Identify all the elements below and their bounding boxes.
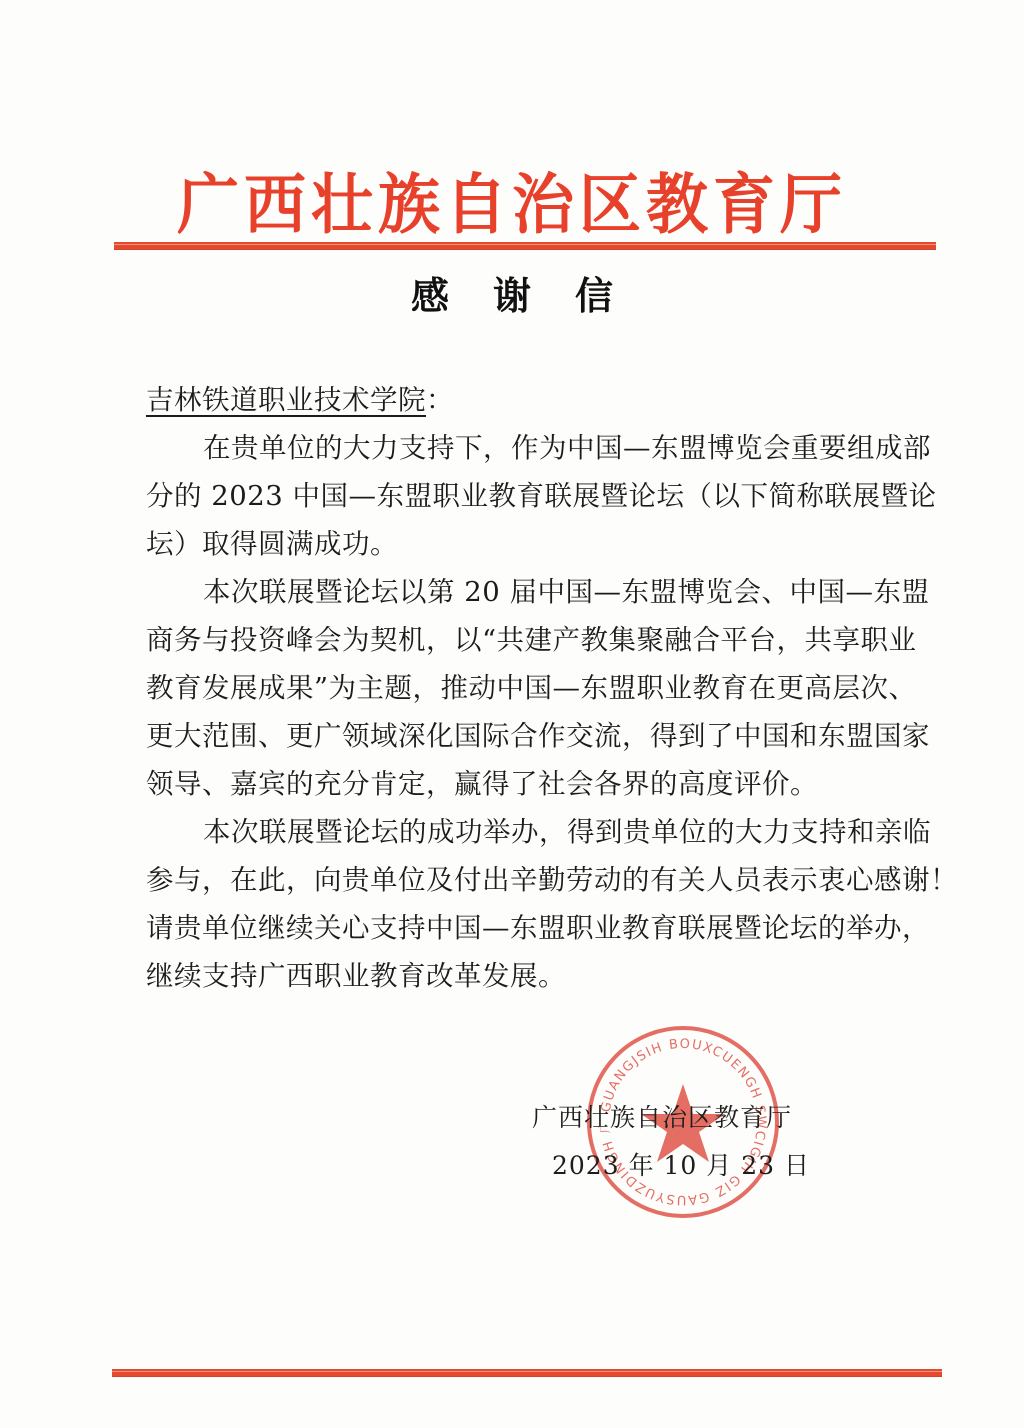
text-line: 领导、嘉宾的充分肯定，赢得了社会各界的高度评价。 [146, 760, 916, 808]
text-line: 本次联展暨论坛的成功举办，得到贵单位的大力支持和亲临 [146, 808, 916, 856]
text-line: 本次联展暨论坛以第 20 届中国—东盟博览会、中国—东盟 [146, 568, 916, 616]
text-line: 坛）取得圆满成功。 [146, 520, 916, 568]
letter-body: 吉林铁道职业技术学院： 在贵单位的大力支持下，作为中国—东盟博览会重要组成部 分… [146, 376, 916, 1000]
signing-organization: 广西壮族自治区教育厅 [532, 1094, 810, 1142]
document-title: 感谢信 [0, 268, 1024, 324]
salutation: 吉林铁道职业技术学院： [146, 376, 916, 424]
paragraph-1: 在贵单位的大力支持下，作为中国—东盟博览会重要组成部 分的 2023 中国—东盟… [146, 424, 916, 568]
letterhead-red-rule [114, 242, 936, 250]
title-char: 谢 [493, 268, 531, 324]
letter-page: 广西壮族自治区教育厅 感谢信 吉林铁道职业技术学院： 在贵单位的大力支持下，作为… [0, 0, 1024, 1428]
signing-date: 2023 年 10 月 23 日 [532, 1142, 810, 1190]
recipient-name: 吉林铁道职业技术学院 [146, 384, 426, 416]
paragraph-3: 本次联展暨论坛的成功举办，得到贵单位的大力支持和亲临 参与，在此，向贵单位及付出… [146, 808, 916, 1000]
signature-block: 广西壮族自治区教育厅 2023 年 10 月 23 日 [532, 1094, 810, 1190]
text-line: 分的 2023 中国—东盟职业教育联展暨论坛（以下简称联展暨论 [146, 472, 916, 520]
text-line: 请贵单位继续关心支持中国—东盟职业教育联展暨论坛的举办， [146, 904, 916, 952]
title-char: 感 [411, 268, 449, 324]
salutation-colon: ： [426, 384, 454, 416]
title-char: 信 [575, 268, 613, 324]
text-line: 教育发展成果”为主题，推动中国—东盟职业教育在更高层次、 [146, 664, 916, 712]
paragraph-2: 本次联展暨论坛以第 20 届中国—东盟博览会、中国—东盟 商务与投资峰会为契机，… [146, 568, 916, 808]
text-line: 商务与投资峰会为契机，以“共建产教集聚融合平台，共享职业 [146, 616, 916, 664]
footer-red-rule [112, 1369, 942, 1377]
text-line: 在贵单位的大力支持下，作为中国—东盟博览会重要组成部 [146, 424, 916, 472]
text-line: 继续支持广西职业教育改革发展。 [146, 952, 916, 1000]
text-line: 更大范围、更广领域深化国际合作交流，得到了中国和东盟国家 [146, 712, 916, 760]
text-line: 参与，在此，向贵单位及付出辛勤劳动的有关人员表示衷心感谢！ [146, 856, 916, 904]
letterhead-masthead: 广西壮族自治区教育厅 [0, 163, 1024, 247]
